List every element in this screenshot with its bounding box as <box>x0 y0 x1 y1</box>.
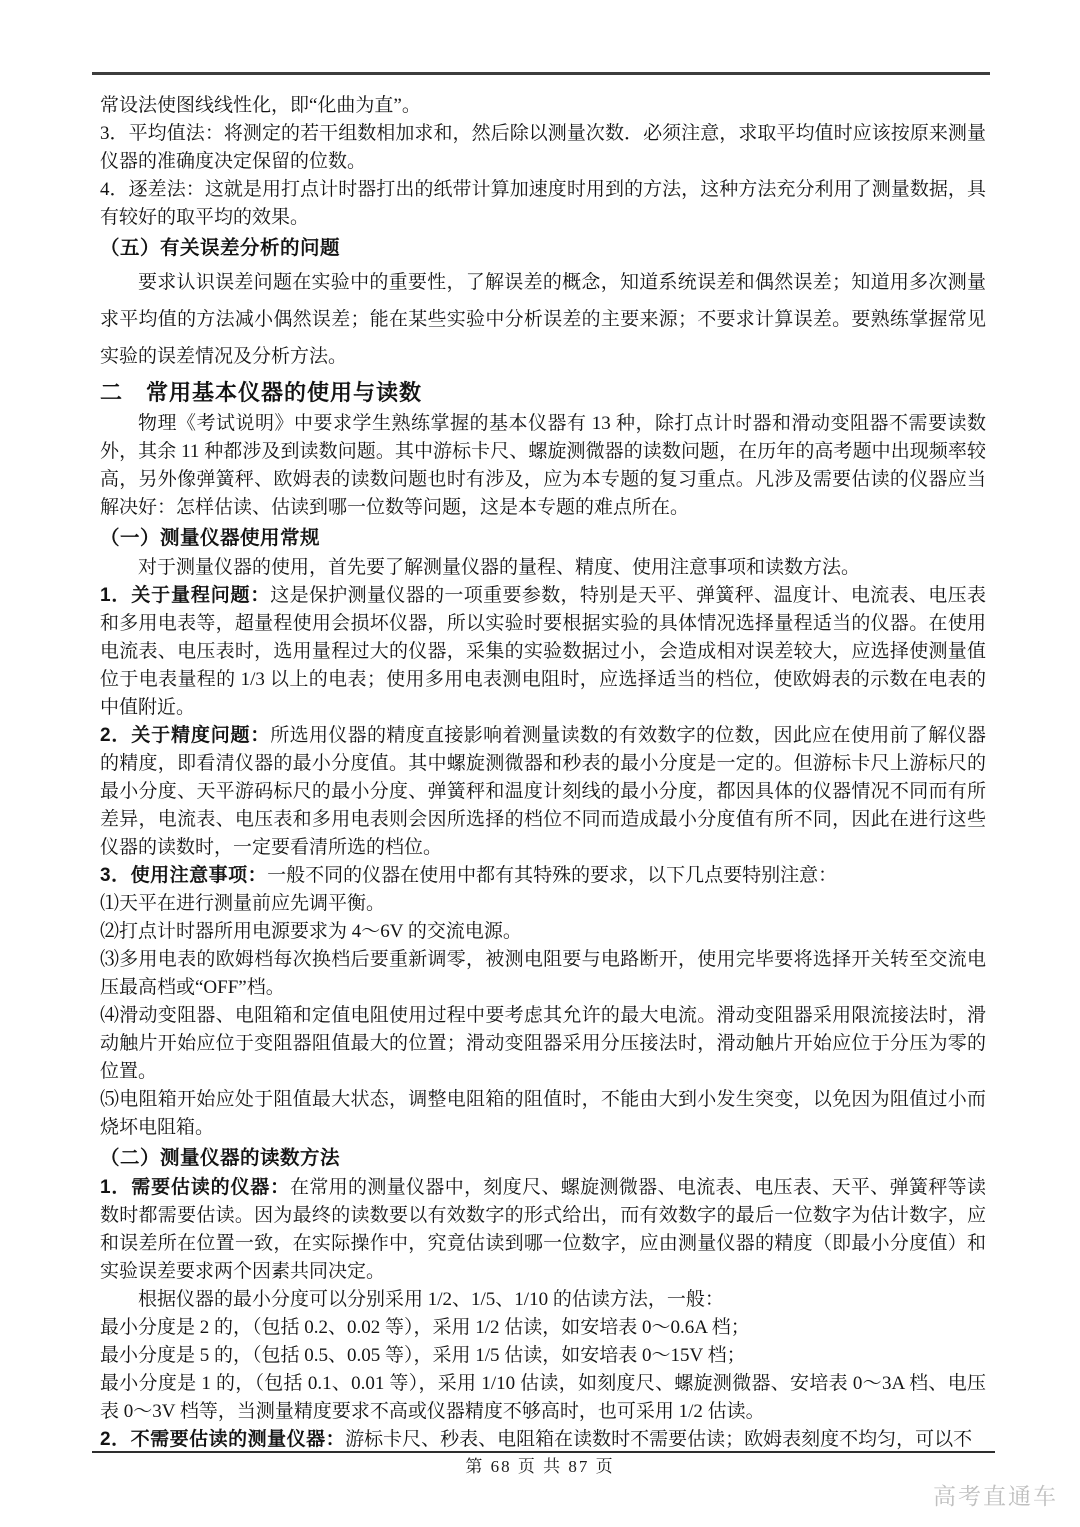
paragraph-text: 常设法使图线线性化，即“化曲为直”。 <box>100 95 421 116</box>
paragraph-text: ⑸电阻箱开始应处于阻值最大状态，调整电阻箱的阻值时，不能由大到小发生突变，以免因… <box>100 1089 986 1138</box>
paragraph-text: 根据仪器的最小分度可以分别采用 1/2、1/5、1/10 的估读方法，一般： <box>138 1289 724 1310</box>
paragraph-text: ⑶多用电表的欧姆档每次换档后要重新调零，被测电阻要与电路断开，使用完毕要将选择开… <box>100 949 986 998</box>
document-page: 常设法使图线线性化，即“化曲为直”。3．平均值法：将测定的若干组数相加求和，然后… <box>0 0 1080 1527</box>
paragraph-linearize: 常设法使图线线性化，即“化曲为直”。 <box>100 92 986 120</box>
paragraph-usage-intro: 对于测量仪器的使用，首先要了解测量仪器的量程、精度、使用注意事项和读数方法。 <box>100 554 986 582</box>
paragraph-text: ⑵打点计时器所用电源要求为 4～6V 的交流电源。 <box>100 921 522 942</box>
estimation-rule-division-2: 最小分度是 2 的，（包括 0.2、0.02 等），采用 1/2 估读，如安培表… <box>100 1314 986 1342</box>
paragraph-text: 物理《考试说明》中要求学生熟练掌握的基本仪器有 13 种，除打点计时器和滑动变阻… <box>100 413 986 518</box>
heading-text: （五）有关误差分析的问题 <box>100 237 340 259</box>
paragraph-text: 最小分度是 5 的，（包括 0.5、0.05 等），采用 1/5 估读，如安培表… <box>100 1345 746 1366</box>
note-item-4-rheostat: ⑷滑动变阻器、电阻箱和定值电阻使用过程中要考虑其允许的最大电流。滑动变阻器采用限… <box>100 1002 986 1086</box>
heading-text: （二）测量仪器的读数方法 <box>100 1147 340 1169</box>
paragraph-lead: 3．使用注意事项： <box>100 865 267 886</box>
paragraph-text: 一般不同的仪器在使用中都有其特殊的要求，以下几点要特别注意： <box>267 865 837 886</box>
paragraph-text: ⑴天平在进行测量前应先调平衡。 <box>100 893 385 914</box>
heading-section-1-instrument-usage: （一）测量仪器使用常规 <box>100 523 986 553</box>
paragraph-range-issue: 1．关于量程问题：这是保护测量仪器的一项重要参数，特别是天平、弹簧秤、温度计、电… <box>100 582 986 722</box>
paragraph-text: ⑷滑动变阻器、电阻箱和定值电阻使用过程中要考虑其允许的最大电流。滑动变阻器采用限… <box>100 1005 986 1082</box>
paragraph-no-estimation-instruments: 2．不需要估读的测量仪器：游标卡尺、秒表、电阻箱在读数时不需要估读；欧姆表刻度不… <box>100 1426 986 1454</box>
paragraph-average-method: 3．平均值法：将测定的若干组数相加求和，然后除以测量次数．必须注意，求取平均值时… <box>100 120 986 176</box>
paragraph-lead: 1．关于量程问题： <box>100 585 270 606</box>
paragraph-text: 3．平均值法：将测定的若干组数相加求和，然后除以测量次数．必须注意，求取平均值时… <box>100 123 986 172</box>
paragraph-usage-notes: 3．使用注意事项：一般不同的仪器在使用中都有其特殊的要求，以下几点要特别注意： <box>100 862 986 890</box>
paragraph-text: 游标卡尺、秒表、电阻箱在读数时不需要估读；欧姆表刻度不均匀，可以不 <box>345 1429 972 1450</box>
note-item-5-resistance-box: ⑸电阻箱开始应处于阻值最大状态，调整电阻箱的阻值时，不能由大到小发生突变，以免因… <box>100 1086 986 1142</box>
paragraph-precision-issue: 2．关于精度问题：所选用仪器的精度直接影响着测量读数的有效数字的位数，因此应在使… <box>100 722 986 862</box>
header-rule <box>92 72 990 75</box>
note-item-2-timer-power: ⑵打点计时器所用电源要求为 4～6V 的交流电源。 <box>100 918 986 946</box>
heading-chapter-2-instruments: 二 常用基本仪器的使用与读数 <box>100 377 986 409</box>
heading-section-5-error-analysis: （五）有关误差分析的问题 <box>100 233 986 263</box>
note-item-3-multimeter-ohm: ⑶多用电表的欧姆档每次换档后要重新调零，被测电阻要与电路断开，使用完毕要将选择开… <box>100 946 986 1002</box>
note-item-1-balance: ⑴天平在进行测量前应先调平衡。 <box>100 890 986 918</box>
paragraph-text: 最小分度是 1 的，（包括 0.1、0.01 等），采用 1/10 估读，如刻度… <box>100 1373 986 1422</box>
watermark-text: 高考直通车 <box>933 1478 1058 1511</box>
paragraph-text: 最小分度是 2 的，（包括 0.2、0.02 等），采用 1/2 估读，如安培表… <box>100 1317 750 1338</box>
paragraph-successive-difference: 4．逐差法：这就是用打点计时器打出的纸带计算加速度时用到的方法，这种方法充分利用… <box>100 176 986 232</box>
paragraph-lead: 2．关于精度问题： <box>100 725 270 746</box>
paragraph-error-requirements: 要求认识误差问题在实验中的重要性，了解误差的概念，知道系统误差和偶然误差；知道用… <box>100 264 986 375</box>
page-number-label: 第 68 页 共 87 页 <box>0 1455 1080 1479</box>
paragraph-estimation-methods-intro: 根据仪器的最小分度可以分别采用 1/2、1/5、1/10 的估读方法，一般： <box>100 1286 986 1314</box>
paragraph-lead: 1．需要估读的仪器： <box>100 1177 290 1198</box>
paragraph-text: 4．逐差法：这就是用打点计时器打出的纸带计算加速度时用到的方法，这种方法充分利用… <box>100 179 986 228</box>
heading-section-2-reading-methods: （二）测量仪器的读数方法 <box>100 1143 986 1173</box>
document-body: 常设法使图线线性化，即“化曲为直”。3．平均值法：将测定的若干组数相加求和，然后… <box>100 92 986 1454</box>
paragraph-instruments-need-estimation: 1．需要估读的仪器：在常用的测量仪器中，刻度尺、螺旋测微器、电流表、电压表、天平… <box>100 1174 986 1286</box>
heading-text: （一）测量仪器使用常规 <box>100 527 320 549</box>
paragraph-text: 对于测量仪器的使用，首先要了解测量仪器的量程、精度、使用注意事项和读数方法。 <box>138 557 860 578</box>
paragraph-exam-instruments-overview: 物理《考试说明》中要求学生熟练掌握的基本仪器有 13 种，除打点计时器和滑动变阻… <box>100 410 986 522</box>
paragraph-text: 要求认识误差问题在实验中的重要性，了解误差的概念，知道系统误差和偶然误差；知道用… <box>100 272 986 367</box>
estimation-rule-division-5: 最小分度是 5 的，（包括 0.5、0.05 等），采用 1/5 估读，如安培表… <box>100 1342 986 1370</box>
estimation-rule-division-1: 最小分度是 1 的，（包括 0.1、0.01 等），采用 1/10 估读，如刻度… <box>100 1370 986 1426</box>
paragraph-lead: 2．不需要估读的测量仪器： <box>100 1429 345 1450</box>
heading-text: 二 常用基本仪器的使用与读数 <box>100 380 422 405</box>
